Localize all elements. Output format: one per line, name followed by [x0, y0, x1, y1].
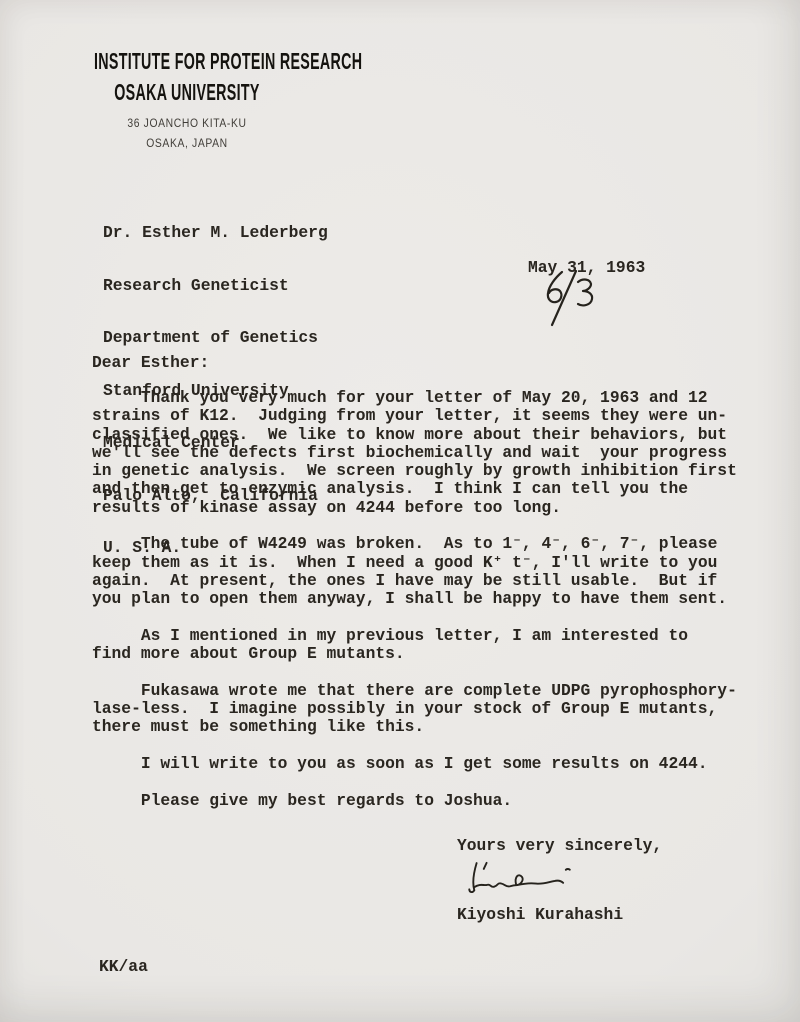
letterhead-street-address: 36 JŌANCHO KITA-KU	[52, 114, 322, 134]
paragraph-5: I will write to you as soon as I get som…	[92, 755, 737, 773]
letterhead-university: OSAKA UNIVERSITY	[94, 76, 280, 108]
recipient-name: Dr. Esther M. Lederberg	[103, 224, 328, 242]
recipient-department: Department of Genetics	[103, 329, 328, 347]
paragraph-1: Thank you very much for your letter of M…	[92, 389, 737, 517]
letterhead-city: OSAKA, JAPAN	[52, 134, 322, 154]
salutation: Dear Esther:	[92, 354, 209, 372]
valediction: Yours very sincerely,	[457, 837, 662, 855]
paragraph-3: As I mentioned in my previous letter, I …	[92, 627, 737, 664]
recipient-title: Research Geneticist	[103, 277, 328, 295]
signature-name: Kiyoshi Kurahashi	[457, 906, 623, 924]
paragraph-6: Please give my best regards to Joshua.	[92, 792, 737, 810]
letter-body: Thank you very much for your letter of M…	[92, 389, 737, 828]
signature-scribble	[463, 857, 576, 900]
letter-page: INSTITUTE FOR PROTEIN RESEARCH OSAKA UNI…	[0, 0, 800, 1022]
typist-reference: KK/aa	[99, 958, 148, 976]
handwritten-date-icon	[542, 269, 598, 327]
paragraph-4: Fukasawa wrote me that there are complet…	[92, 682, 737, 737]
signature-icon	[463, 857, 576, 900]
letterhead-institute: INSTITUTE FOR PROTEIN RESEARCH	[94, 46, 280, 76]
letterhead: INSTITUTE FOR PROTEIN RESEARCH OSAKA UNI…	[37, 46, 337, 154]
paragraph-2: The tube of W4249 was broken. As to 1⁻, …	[92, 535, 737, 608]
handwritten-date-annotation	[542, 269, 598, 327]
